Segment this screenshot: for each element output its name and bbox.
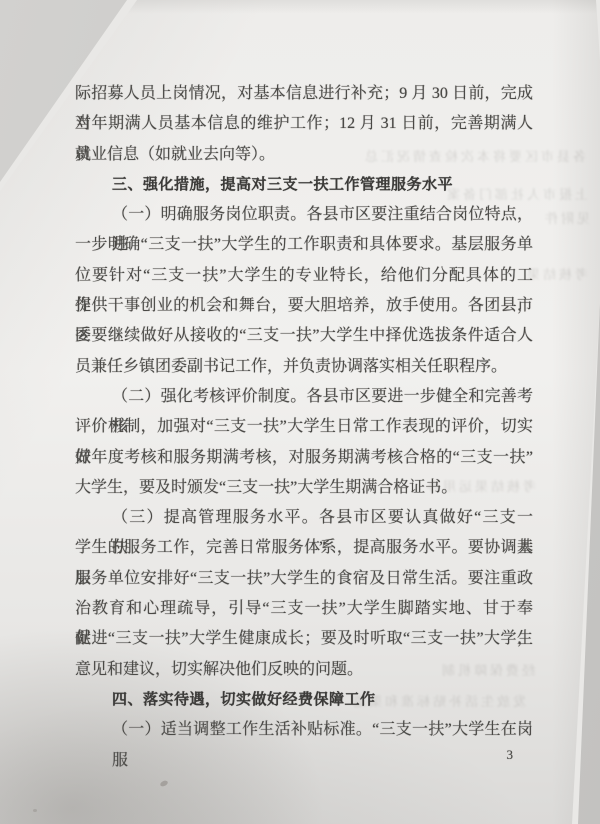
text-line: （一）明确服务岗位职责。各县市区要注重结合岗位特点，进 xyxy=(75,200,533,230)
text-line: （三）提高管理服务水平。各县市区要认真做好“三支一扶”大 xyxy=(75,503,533,533)
text-line: 当年期满人员基本信息的维护工作；12 月 31 日前，完善期满人员 xyxy=(75,109,533,139)
text-line: 员兼任乡镇团委副书记工作，并负责协调落实相关任职程序。 xyxy=(75,352,533,382)
text-line: 大学生，要及时颁发“三支一扶”大学生期满合格证书。 xyxy=(75,473,533,503)
text-line: 一步明确“三支一扶”大学生的工作职责和具体要求。基层服务单 xyxy=(75,230,533,260)
text-line: 促进“三支一扶”大学生健康成长；要及时听取“三支一扶”大学生 xyxy=(75,624,533,654)
text-line: 服务单位安排好“三支一扶”大学生的食宿及日常生活。要注重政 xyxy=(75,564,533,594)
scan-speck xyxy=(33,809,37,812)
text-line: 评价机制，加强对“三支一扶”大学生日常工作表现的评价，切实做 xyxy=(75,412,533,442)
text-line: 提供干事创业的机会和舞台，要大胆培养，放手使用。各团县市区 xyxy=(75,291,533,321)
page-number: 3 xyxy=(75,746,533,764)
document-page: 各县市区要将本次检查情况汇总上报市人社部门备案见附件考核结果考核结果运用办法经费… xyxy=(0,0,600,824)
scan-background: 各县市区要将本次检查情况汇总上报市人社部门备案见附件考核结果考核结果运用办法经费… xyxy=(0,0,600,824)
text-line: （一）适当调整工作生活补贴标准。“三支一扶”大学生在岗服 xyxy=(75,715,533,745)
text-line: 治教育和心理疏导，引导“三支一扶”大学生脚踏实地、甘于奉献， xyxy=(75,594,533,624)
text-line: 学生的服务工作，完善日常服务体系，提高服务水平。要协调基层 xyxy=(75,533,533,563)
text-line: 好年度考核和服务期满考核，对服务期满考核合格的“三支一扶” xyxy=(75,443,533,473)
text-line: （二）强化考核评价制度。各县市区要进一步健全和完善考核 xyxy=(75,382,533,412)
text-line: 位要针对“三支一扶”大学生的专业特长，给他们分配具体的工作， xyxy=(75,261,533,291)
heading-line: 四、落实待遇，切实做好经费保障工作 xyxy=(75,685,533,715)
text-line: 委要继续做好从接收的“三支一扶”大学生中择优选拔条件适合人 xyxy=(75,321,533,351)
heading-line: 三、强化措施，提高对三支一扶工作管理服务水平 xyxy=(75,170,533,200)
text-line: 就业信息（如就业去向等）。 xyxy=(75,140,533,170)
scan-speck xyxy=(159,780,168,788)
text-line: 意见和建议，切实解决他们反映的问题。 xyxy=(75,655,533,685)
text-line: 际招募人员上岗情况，对基本信息进行补充；9 月 30 日前，完成对 xyxy=(75,79,533,109)
text-block: 际招募人员上岗情况，对基本信息进行补充；9 月 30 日前，完成对当年期满人员基… xyxy=(75,79,533,746)
